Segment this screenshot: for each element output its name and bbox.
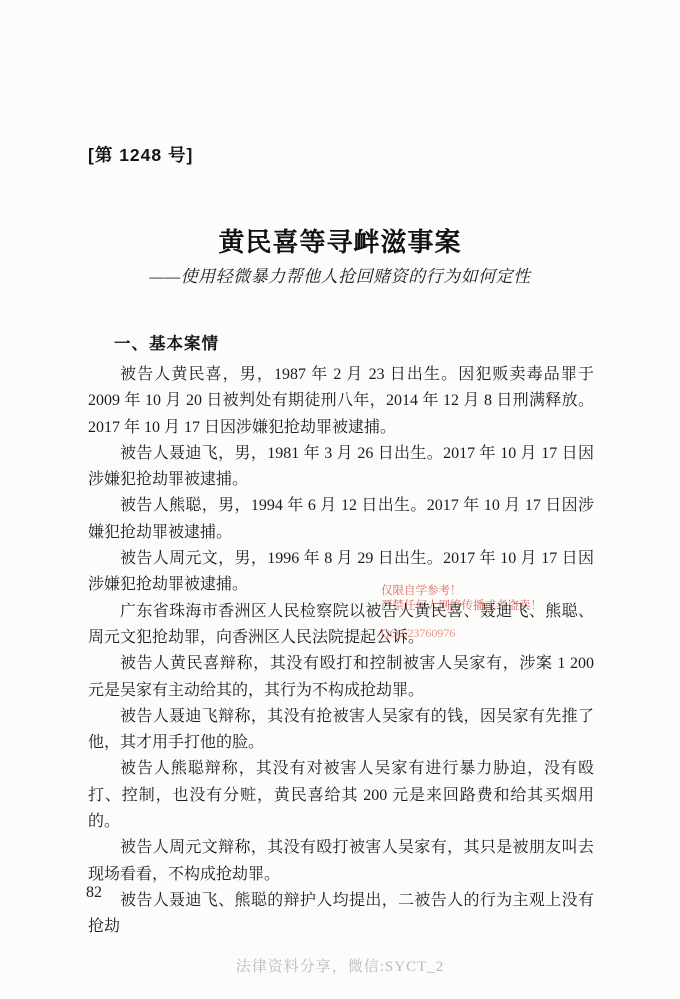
paragraph: 被告人黄民喜辩称，其没有殴打和控制被害人吴家有，涉案 1 200 元是吴家有主动… [88, 651, 594, 704]
paragraph: 被告人聂迪飞辩称，其没有抢被害人吴家有的钱，因吴家有先推了他，其才用手打他的脸。 [88, 704, 594, 757]
footer-share-note: 法律资料分享，微信:SYCT_2 [0, 955, 680, 976]
paragraph: 被告人黄民喜，男，1987 年 2 月 23 日出生。因犯贩卖毒品罪于 2009… [88, 362, 594, 441]
paragraph: 被告人周元文辩称，其没有殴打被害人吴家有，其只是被朋友叫去现场看看，不构成抢劫罪… [88, 835, 594, 888]
document-page: [第 1248 号] 黄民喜等寻衅滋事案 ——使用轻微暴力帮他人抢回赌资的行为如… [0, 0, 680, 999]
paragraph: 被告人聂迪飞，男，1981 年 3 月 26 日出生。2017 年 10 月 1… [88, 441, 594, 494]
case-title: 黄民喜等寻衅滋事案 [0, 222, 680, 259]
section-heading: 一、基本案情 [114, 330, 219, 354]
paragraph: 广东省珠海市香洲区人民检察院以被告人黄民喜、聂迪飞、熊聪、周元文犯抢劫罪，向香洲… [88, 599, 594, 652]
paragraph: 被告人聂迪飞、熊聪的辩护人均提出，二被告人的行为主观上没有抢劫 [88, 888, 594, 941]
paragraph: 被告人熊聪辩称，其没有对被害人吴家有进行暴力胁迫，没有殴打、控制，也没有分赃，黄… [88, 756, 594, 835]
doc-number: [第 1248 号] [88, 142, 193, 167]
case-body: 被告人黄民喜，男，1987 年 2 月 23 日出生。因犯贩卖毒品罪于 2009… [88, 362, 594, 941]
paragraph: 被告人熊聪，男，1994 年 6 月 12 日出生。2017 年 10 月 17… [88, 493, 594, 546]
case-subtitle: ——使用轻微暴力帮他人抢回赌资的行为如何定性 [0, 262, 680, 287]
paragraph: 被告人周元文，男，1996 年 8 月 29 日出生。2017 年 10 月 1… [88, 546, 594, 599]
page-number: 82 [86, 884, 102, 902]
